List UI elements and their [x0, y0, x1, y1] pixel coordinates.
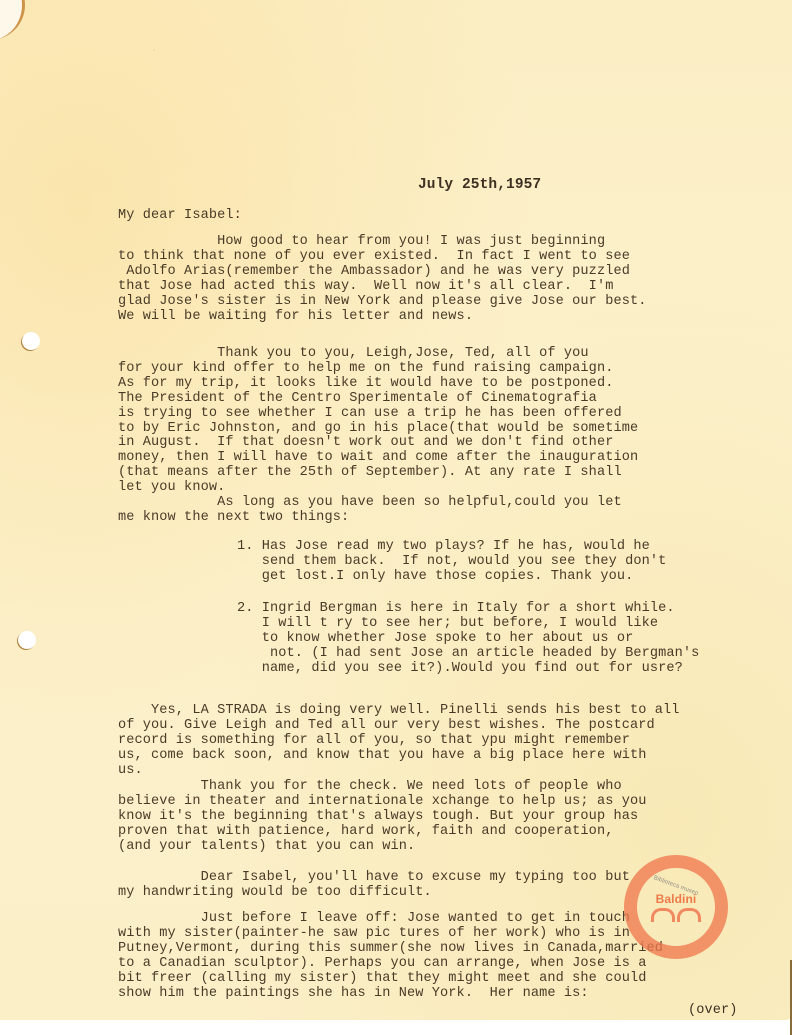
text-line: How good to hear from you! I was just be…	[118, 234, 605, 249]
text-line: proven that with patience, hard work, fa…	[118, 824, 613, 839]
text-line: to think that none of you ever existed. …	[118, 249, 630, 264]
text-line: to by Eric Johnston, and go in his place…	[118, 421, 638, 436]
torn-edge	[790, 960, 800, 1035]
text-line: get lost.I only have those copies. Thank…	[237, 569, 633, 584]
text-line: 2. Ingrid Bergman is here in Italy for a…	[237, 601, 675, 616]
text-line: Just before I leave off: Jose wanted to …	[118, 911, 630, 926]
text-line: We will be waiting for his letter and ne…	[118, 309, 473, 324]
punch-hole	[22, 332, 40, 350]
text-line: (and your talents) that you can win.	[118, 839, 415, 854]
text-line: to a Canadian sculptor). Perhaps you can…	[118, 956, 646, 971]
text-line: us.	[118, 763, 143, 778]
text-line: As for my trip, it looks like it would h…	[118, 376, 613, 391]
text-line: bit freer (calling my sister) that they …	[118, 971, 646, 986]
text-line: record is something for all of you, so t…	[118, 733, 630, 748]
text-line: name, did you see it?).Would you find ou…	[237, 661, 683, 676]
text-line: Putney,Vermont, during this summer(she n…	[118, 941, 663, 956]
text-line: As long as you have been so helpful,coul…	[118, 495, 622, 510]
continuation-note: (over)	[688, 1003, 738, 1018]
text-line: money, then I will have to wait and come…	[118, 450, 638, 465]
text-line: is trying to see whether I can use a tri…	[118, 406, 622, 421]
text-line: let you know.	[118, 480, 225, 495]
punch-hole	[18, 631, 36, 649]
stamp-logo-icon	[651, 908, 701, 922]
text-line: I will t ry to see her; but before, I wo…	[237, 616, 658, 631]
text-line: to know whether Jose spoke to her about …	[237, 631, 633, 646]
text-line: believe in theater and internationale xc…	[118, 794, 646, 809]
text-line: glad Jose's sister is in New York and pl…	[118, 294, 646, 309]
text-line: Adolfo Arias(remember the Ambassador) an…	[118, 264, 630, 279]
text-line: 1. Has Jose read my two plays? If he has…	[237, 539, 650, 554]
text-line: show him the paintings she has in New Yo…	[118, 986, 589, 1001]
text-line: Thank you to you, Leigh,Jose, Ted, all o…	[118, 346, 589, 361]
text-line: us, come back soon, and know that you ha…	[118, 748, 646, 763]
text-line: that Jose had acted this way. Well now i…	[118, 279, 613, 294]
text-line: Dear Isabel, you'll have to excuse my ty…	[118, 870, 630, 885]
text-line: with my sister(painter-he saw pic tures …	[118, 926, 630, 941]
text-line: not. (I had sent Jose an article headed …	[237, 646, 699, 661]
text-line: for your kind offer to help me on the fu…	[118, 361, 613, 376]
text-line: send them back. If not, would you see th…	[237, 554, 666, 569]
text-line: of you. Give Leigh and Ted all our very …	[118, 718, 655, 733]
text-line: know it's the beginning that's always to…	[118, 809, 638, 824]
corner-stain	[0, 0, 25, 40]
letter-date: July 25th,1957	[418, 177, 541, 193]
text-line: The President of the Centro Sperimentale…	[118, 391, 597, 406]
text-line: my handwriting would be too difficult.	[118, 885, 432, 900]
salutation: My dear Isabel:	[118, 208, 242, 223]
text-line: Thank you for the check. We need lots of…	[118, 779, 622, 794]
library-stamp: Biblioteca museo Baldini	[624, 855, 728, 959]
bleed-through-text: .	[150, 40, 486, 56]
text-line: Yes, LA STRADA is doing very well. Pinel…	[118, 703, 680, 718]
text-line: in August. If that doesn't work out and …	[118, 435, 613, 450]
text-line: (that means after the 25th of September)…	[118, 465, 622, 480]
text-line: me know the next two things:	[118, 510, 349, 525]
